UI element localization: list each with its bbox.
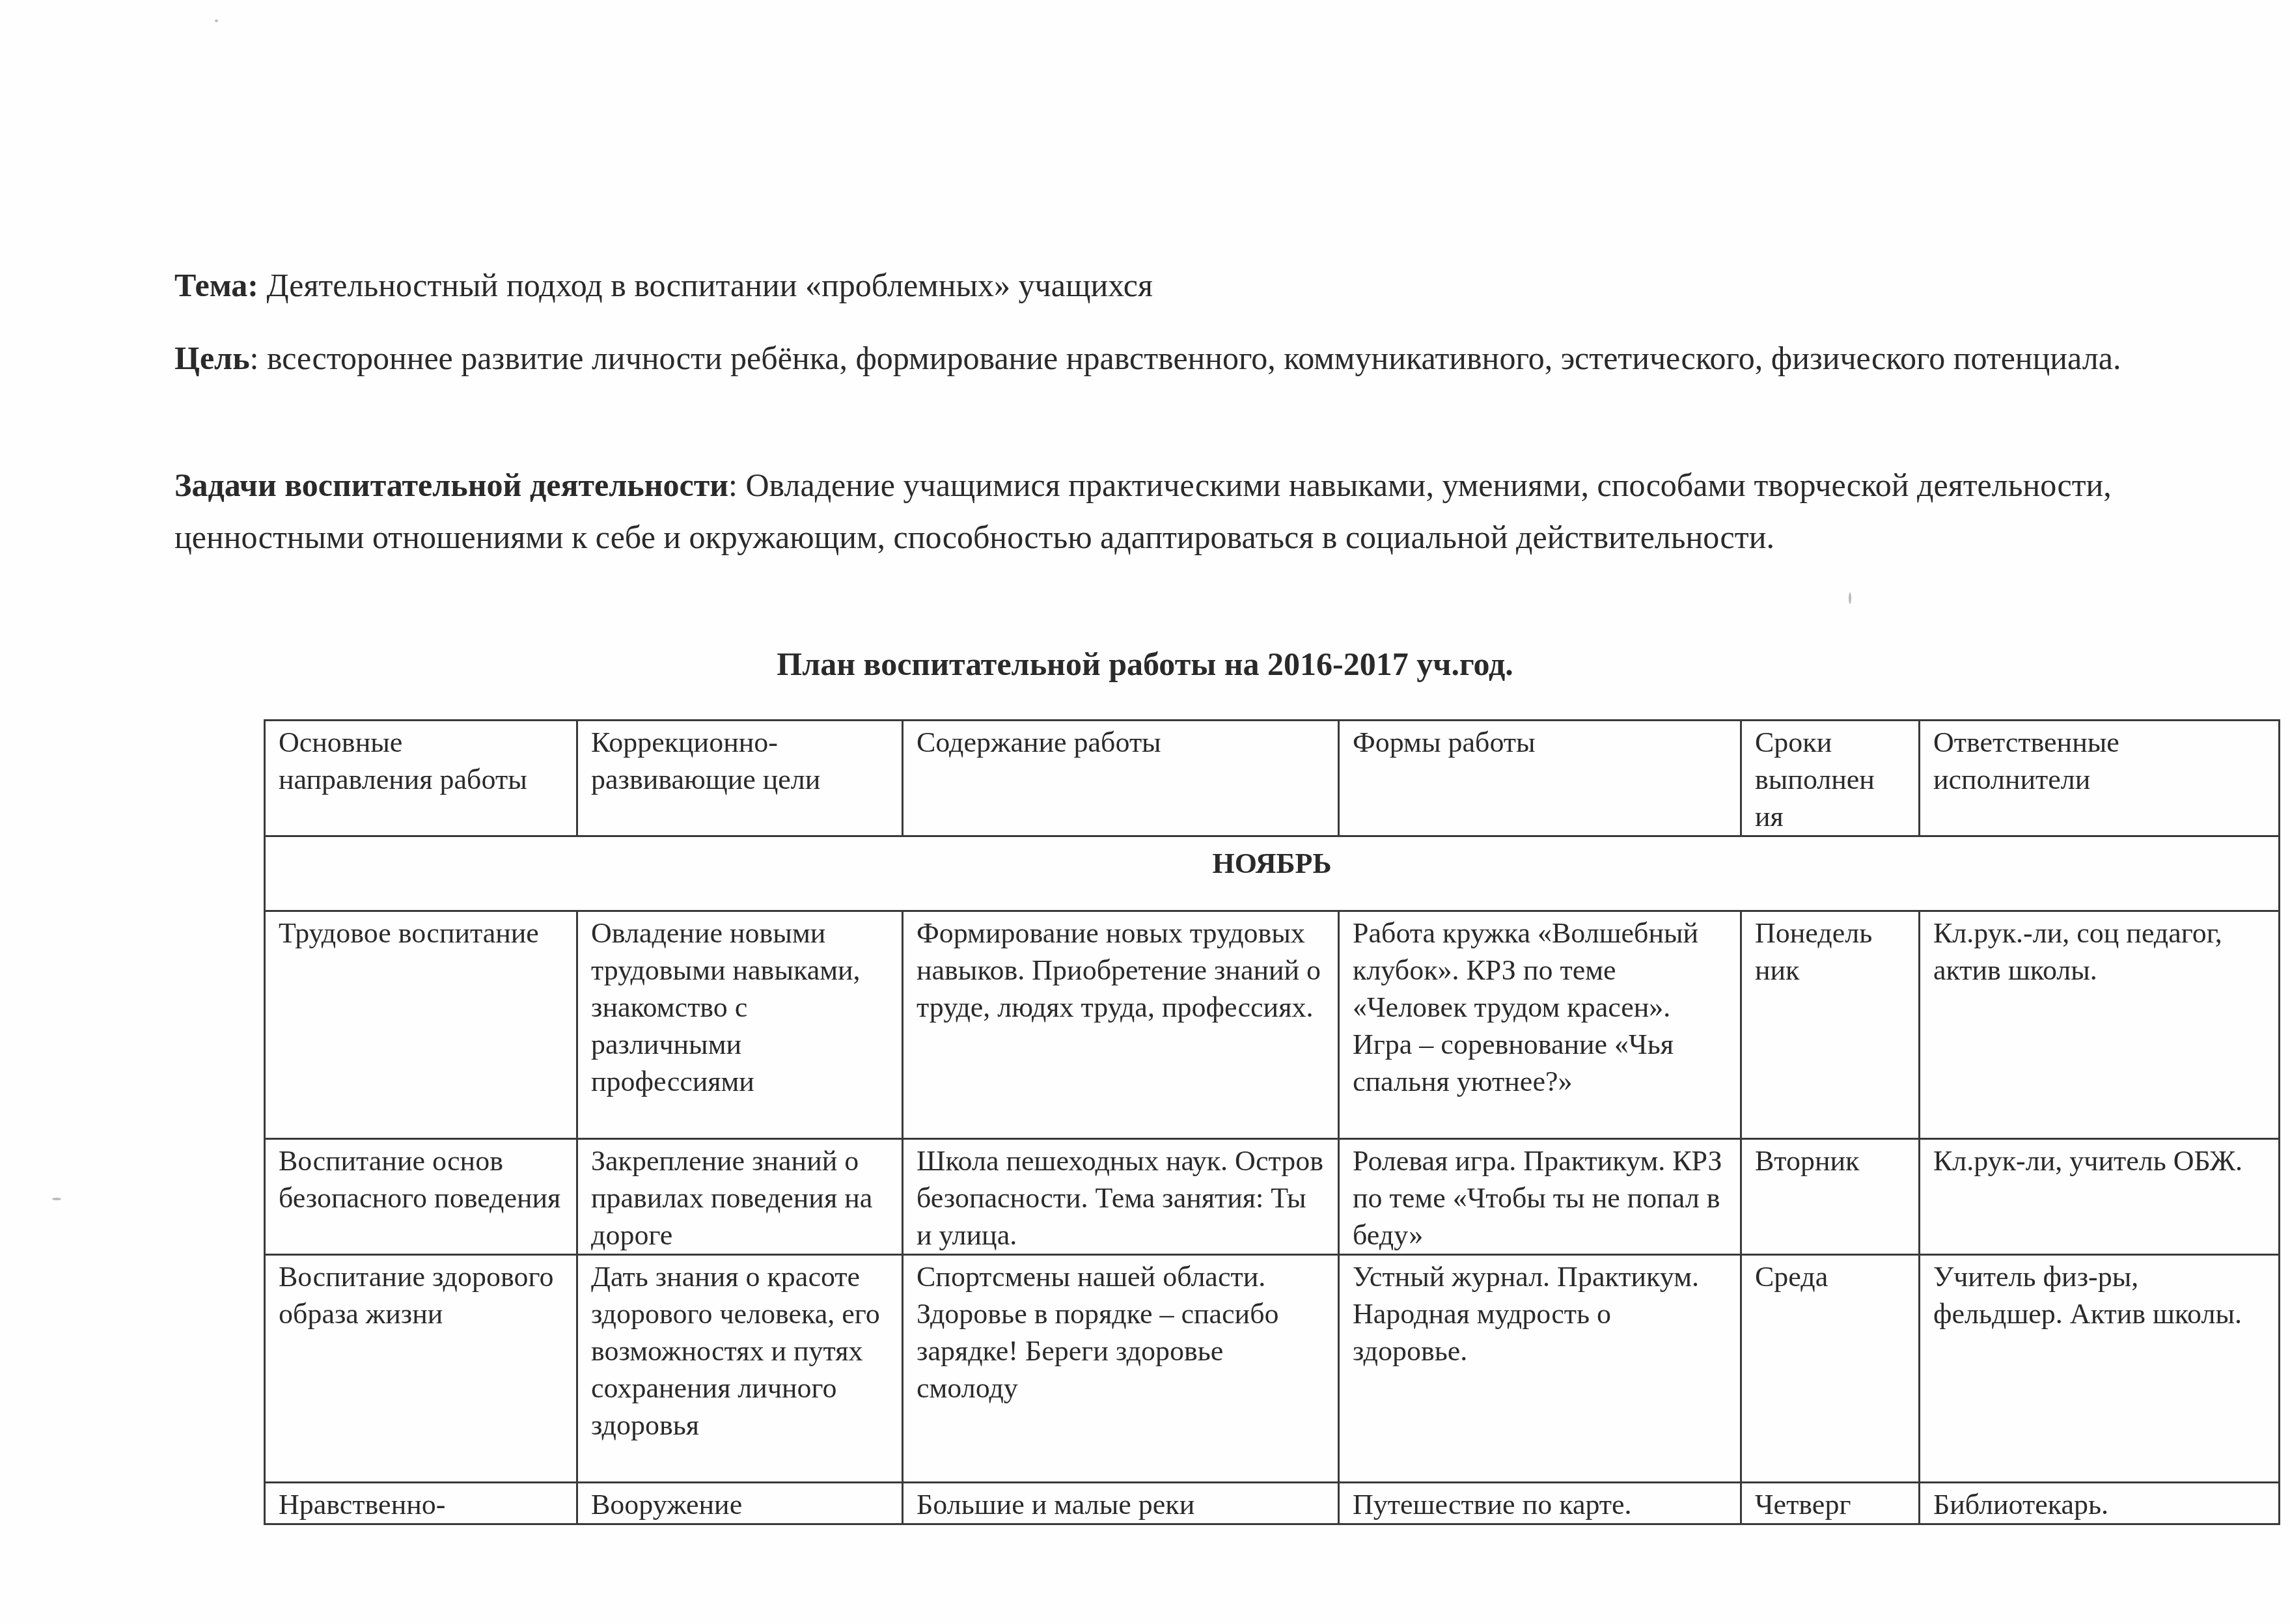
cell-goals: Овладение новыми трудовыми навыками, зна…	[577, 911, 903, 1139]
cell-forms: Устный журнал. Практикум. Народная мудро…	[1339, 1255, 1741, 1483]
table-row: Воспитание здорового образа жизни Дать з…	[265, 1255, 2280, 1483]
cell-responsible: Библиотекарь.	[1920, 1483, 2280, 1524]
plan-table: Основные направления работы Коррекционно…	[264, 719, 2280, 1525]
cell-direction: Нравственно-	[265, 1483, 577, 1524]
table-row: Воспитание основ безопасного поведения З…	[265, 1139, 2280, 1255]
cell-when: Вторник	[1741, 1139, 1920, 1255]
header-goals: Коррекционно-развивающие цели	[577, 721, 903, 836]
table-row: Трудовое воспитание Овладение новыми тру…	[265, 911, 2280, 1139]
theme-label: Тема:	[174, 267, 258, 303]
month-row: НОЯБРЬ	[265, 836, 2280, 911]
tasks-label: Задачи воспитательной деятельности	[174, 467, 728, 503]
cell-when: Среда	[1741, 1255, 1920, 1483]
goal-label: Цель	[174, 340, 250, 376]
scan-speck	[1849, 592, 1851, 604]
cell-content: Большие и малые реки	[903, 1483, 1339, 1524]
header-deadlines: Сроки выполнен ия	[1741, 721, 1920, 836]
cell-when: Четверг	[1741, 1483, 1920, 1524]
cell-content: Спортсмены нашей области. Здоровье в пор…	[903, 1255, 1339, 1483]
cell-direction: Трудовое воспитание	[265, 911, 577, 1139]
goal-text: : всестороннее развитие личности ребёнка…	[250, 340, 2121, 376]
cell-forms: Путешествие по карте.	[1339, 1483, 1741, 1524]
table-header-row: Основные направления работы Коррекционно…	[265, 721, 2280, 836]
table-row: Нравственно- Вооружение Большие и малые …	[265, 1483, 2280, 1524]
cell-goals: Дать знания о красоте здорового человека…	[577, 1255, 903, 1483]
cell-responsible: Учитель физ-ры, фельдшер. Актив школы.	[1920, 1255, 2280, 1483]
cell-responsible: Кл.рук-ли, учитель ОБЖ.	[1920, 1139, 2280, 1255]
cell-goals: Закрепление знаний о правилах поведения …	[577, 1139, 903, 1255]
cell-goals: Вооружение	[577, 1483, 903, 1524]
header-content: Содержание работы	[903, 721, 1339, 836]
tasks-paragraph: Задачи воспитательной деятельности: Овла…	[174, 459, 2225, 563]
goal-paragraph: Цель: всестороннее развитие личности реб…	[174, 332, 2225, 384]
header-directions: Основные направления работы	[265, 721, 577, 836]
cell-content: Формирование новых трудовых навыков. При…	[903, 911, 1339, 1139]
theme-text: Деятельностный подход в воспитании «проб…	[258, 267, 1153, 303]
cell-when: Понедель ник	[1741, 911, 1920, 1139]
scan-speck	[215, 20, 218, 22]
cell-direction: Воспитание здорового образа жизни	[265, 1255, 577, 1483]
cell-forms: Ролевая игра. Практикум. КРЗ по теме «Чт…	[1339, 1139, 1741, 1255]
plan-title: План воспитательной работы на 2016-2017 …	[0, 641, 2290, 687]
cell-direction: Воспитание основ безопасного поведения	[265, 1139, 577, 1255]
header-responsible: Ответственные исполнители	[1920, 721, 2280, 836]
cell-forms: Работа кружка «Волшебный клубок». КРЗ по…	[1339, 911, 1741, 1139]
cell-content: Школа пешеходных наук. Остров безопаснос…	[903, 1139, 1339, 1255]
month-label: НОЯБРЬ	[265, 836, 2280, 911]
cell-responsible: Кл.рук.-ли, соц педагог, актив школы.	[1920, 911, 2280, 1139]
scan-speck	[52, 1198, 61, 1200]
header-forms: Формы работы	[1339, 721, 1741, 836]
theme-paragraph: Тема: Деятельностный подход в воспитании…	[174, 259, 2225, 311]
